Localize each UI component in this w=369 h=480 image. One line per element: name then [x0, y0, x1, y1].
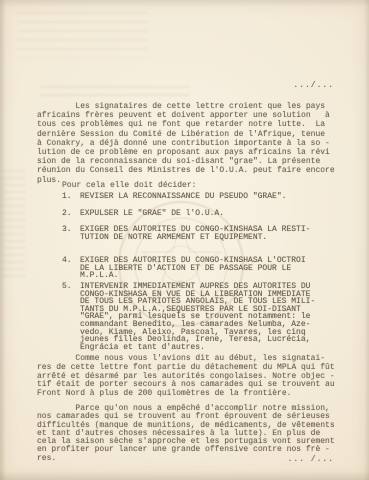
- page-continuation-marker-top: .../...: [293, 81, 334, 90]
- list-item-text: EXIGER DES AUTORITES DU CONGO-KINSHASA L…: [80, 257, 306, 280]
- list-item-number: 3.: [62, 226, 80, 234]
- list-item-text: REVISER LA RECONNAISSANCE DU PSEUDO "GRA…: [80, 193, 286, 201]
- list-item-5: 5. INTERVENIR IMMEDIATEMENT AUPRES DES A…: [62, 283, 315, 351]
- page-continuation-marker-bottom: ... /...: [288, 455, 334, 464]
- list-item-3: 3. EXIGER DES AUTORITES DU CONGO-KINSHAS…: [62, 226, 310, 241]
- list-item-text: EXPULSER LE "GRAE" DE l'O.U.A.: [80, 210, 224, 218]
- list-item-text: INTERVENIR IMMEDIATEMENT AUPRES DES AUTO…: [80, 283, 315, 351]
- decision-lead-line: Pour cela elle doit décider:: [62, 181, 196, 190]
- list-item-2: 2. EXPULSER LE "GRAE" DE l'O.U.A.: [62, 210, 224, 218]
- ink-bleed-smudge: [2, 170, 26, 280]
- paragraph-intro: Les signataires de cette lettre croient …: [37, 102, 335, 185]
- list-item-text: EXIGER DES AUTORITES DU CONGO-KINSHASA L…: [80, 226, 310, 241]
- paragraph-detachment: Comme nous vous l'avions dit au début, l…: [37, 355, 335, 399]
- list-item-number: 2.: [62, 210, 80, 218]
- list-item-number: 4.: [62, 257, 80, 265]
- list-item-4: 4. EXIGER DES AUTORITES DU CONGO-KINSHAS…: [62, 257, 306, 280]
- list-item-number: 5.: [62, 283, 80, 291]
- ink-bleed-smudge: [18, 12, 148, 58]
- ink-bleed-smudge: [40, 86, 190, 102]
- list-item-1: 1. REVISER LA RECONNAISSANCE DU PSEUDO "…: [62, 193, 286, 201]
- scanned-letter-page: .../... Les signataires de cette lettre …: [0, 0, 369, 480]
- list-item-number: 1.: [62, 193, 80, 201]
